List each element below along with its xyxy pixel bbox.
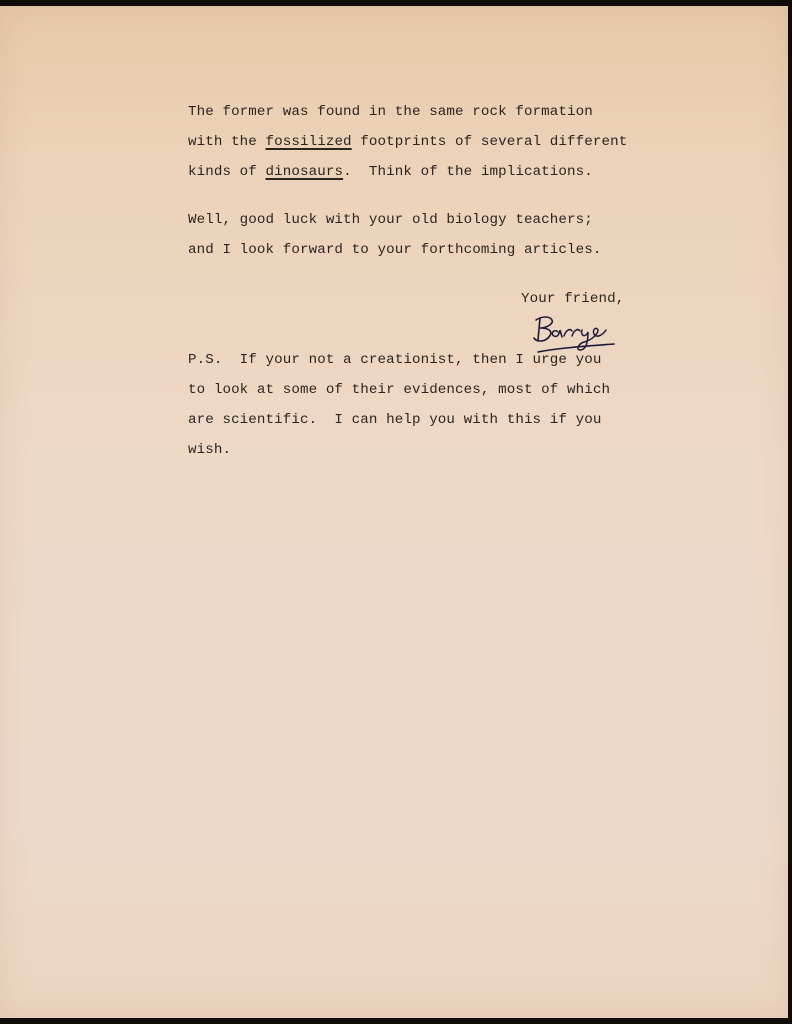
text-span: . Think of the implications.: [343, 164, 593, 180]
text-span: kinds of: [188, 164, 266, 180]
paragraph-1-line-3: kinds of dinosaurs. Think of the implica…: [188, 164, 593, 180]
signature-barry: Barry: [528, 312, 628, 356]
paragraph-2-line-2: and I look forward to your forthcoming a…: [188, 242, 601, 258]
postscript-line-4: wish.: [188, 442, 231, 458]
paragraph-1-line-1: The former was found in the same rock fo…: [188, 104, 593, 120]
letter-body: The former was found in the same rock fo…: [188, 6, 222, 246]
paragraph-1-line-2: with the fossilized footprints of severa…: [188, 134, 627, 150]
letter-page: The former was found in the same rock fo…: [0, 6, 788, 1018]
text-span: with the: [188, 134, 266, 150]
text-span: footprints of several different: [352, 134, 628, 150]
paragraph-2-line-1: Well, good luck with your old biology te…: [188, 212, 593, 228]
underlined-word-fossilized: fossilized: [266, 134, 352, 150]
postscript-line-3: are scientific. I can help you with this…: [188, 412, 601, 428]
underlined-word-dinosaurs: dinosaurs: [266, 164, 344, 180]
closing: Your friend,: [521, 291, 624, 307]
postscript-line-2: to look at some of their evidences, most…: [188, 382, 610, 398]
